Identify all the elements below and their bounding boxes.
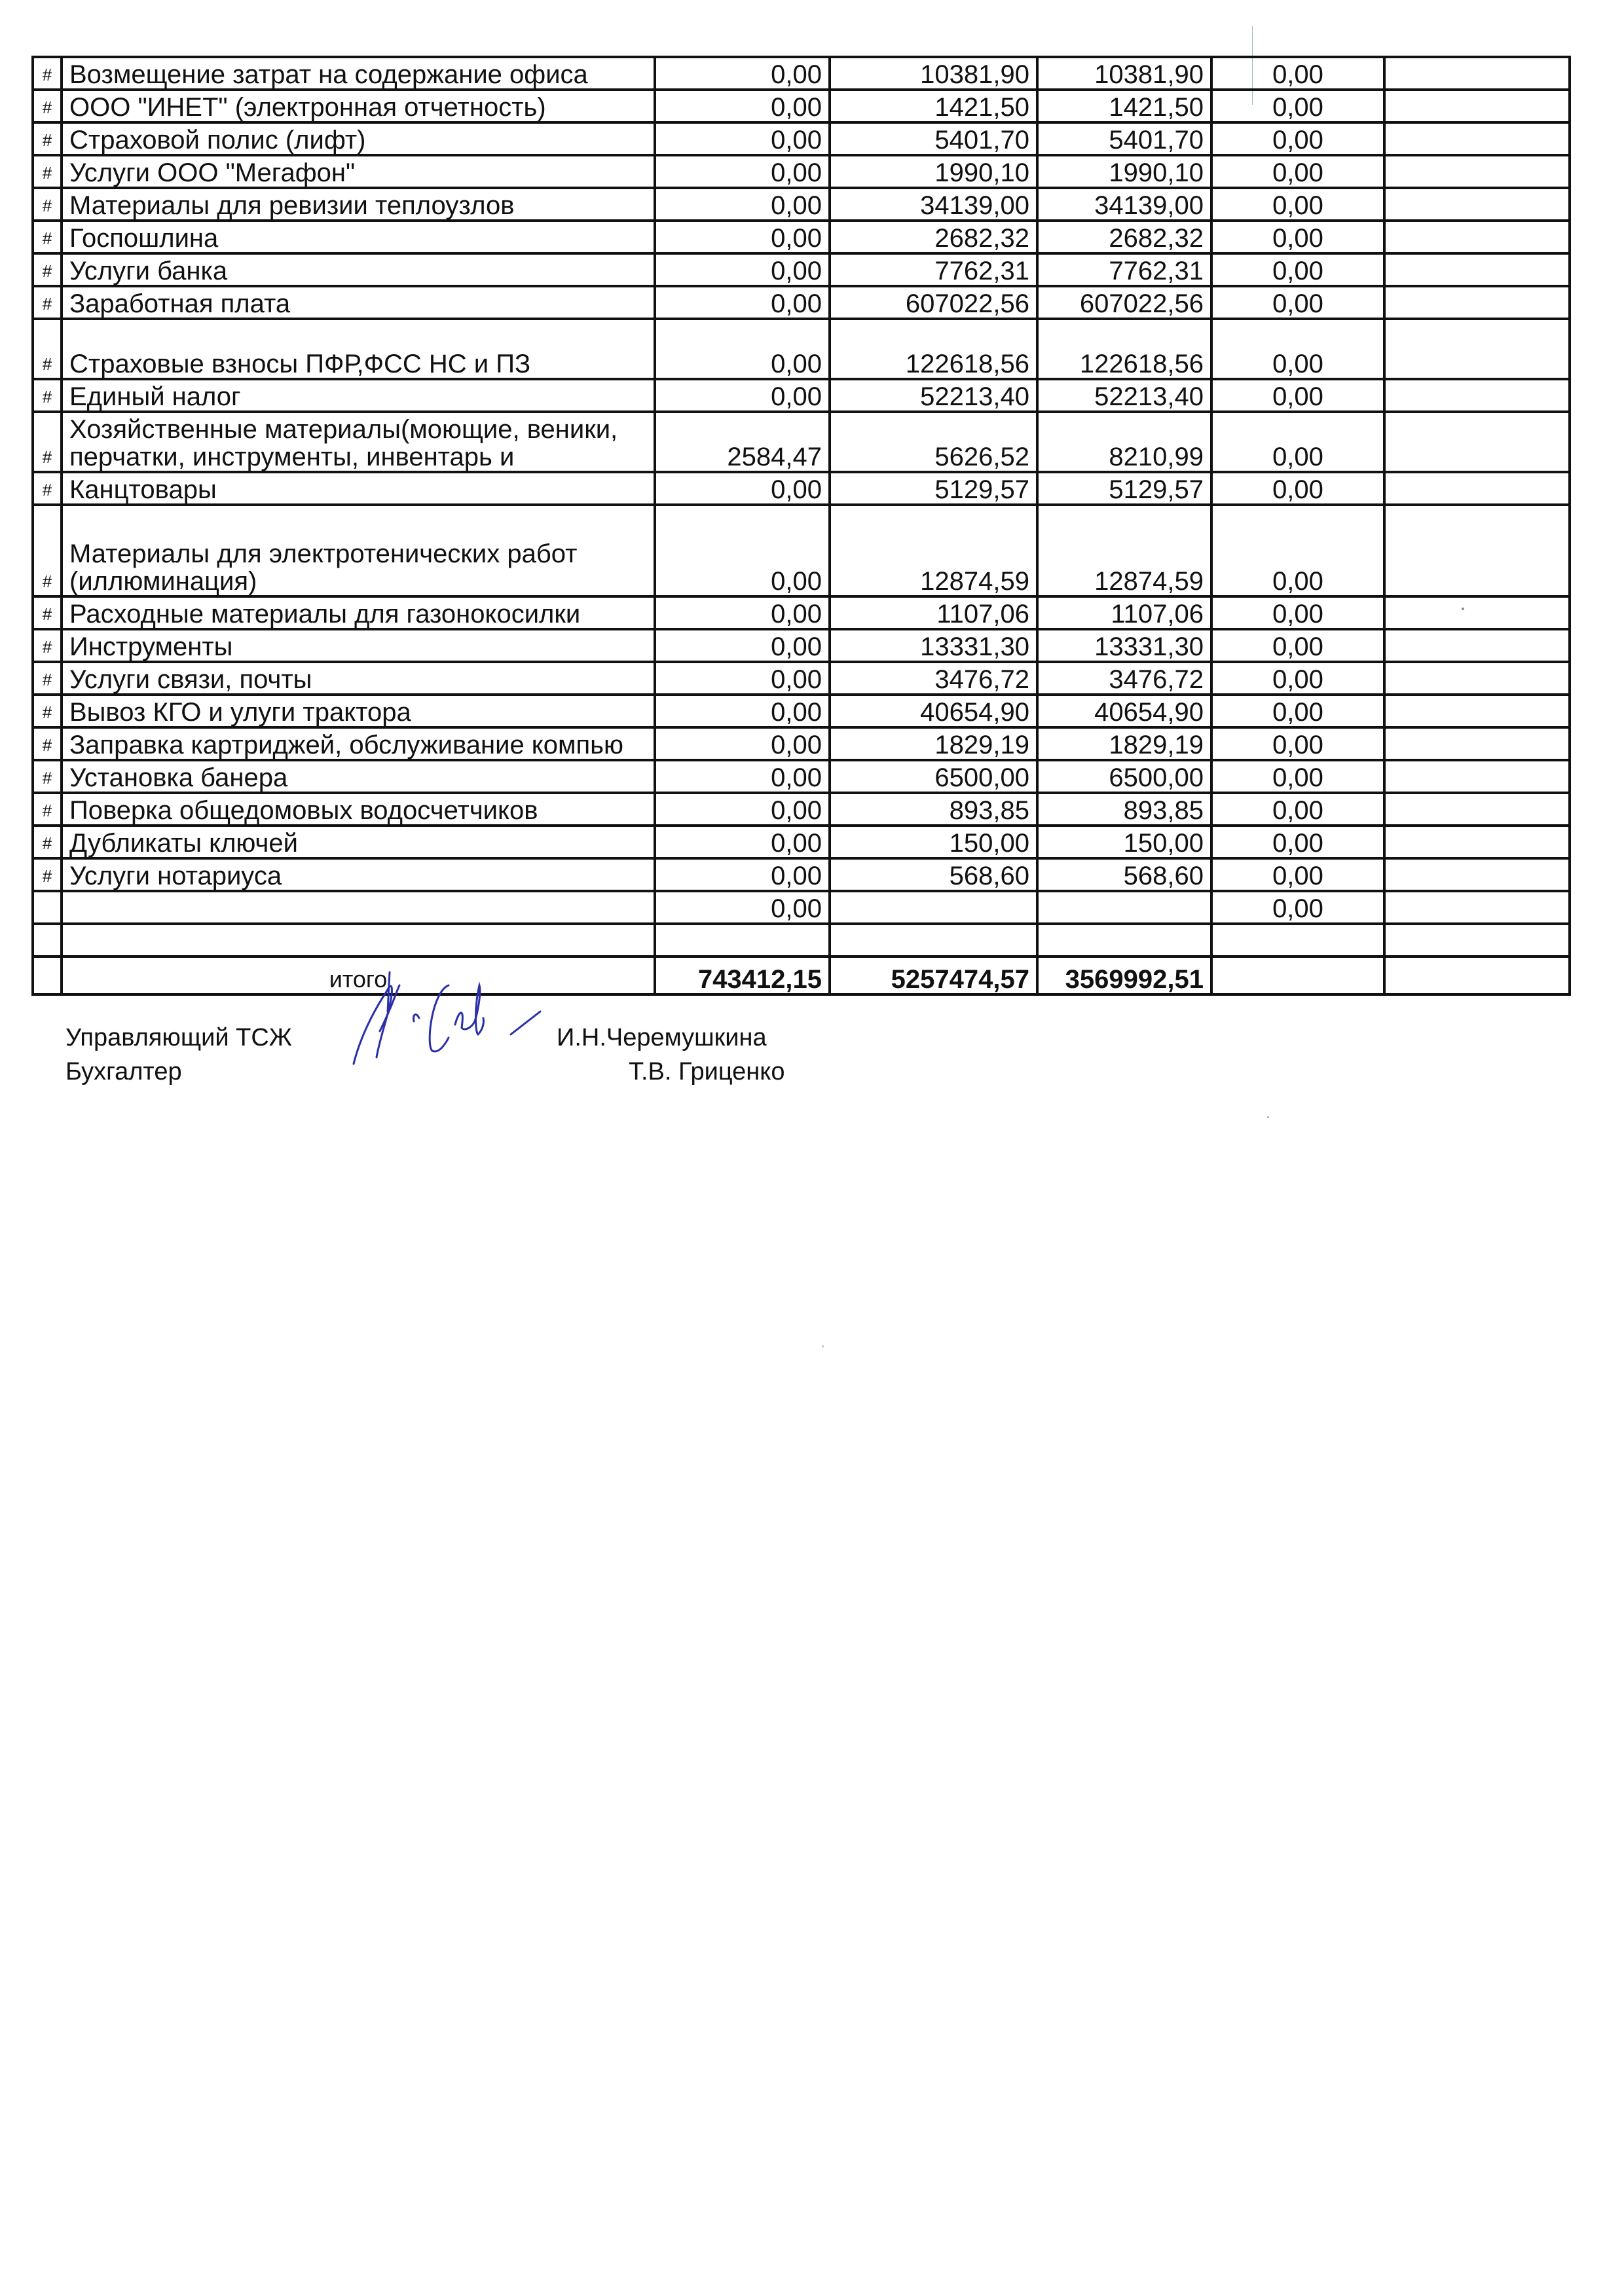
amount-col3: 1829,19 xyxy=(1037,727,1211,760)
amount-col2: 52213,40 xyxy=(830,379,1037,412)
amount-col1: 0,00 xyxy=(655,319,830,379)
amount-col5 xyxy=(1384,629,1570,662)
amount-col4: 0,00 xyxy=(1211,253,1384,286)
amount-col5 xyxy=(1384,90,1570,122)
table-row: #Поверка общедомовых водосчетчиков0,0089… xyxy=(33,793,1570,826)
amount-col1: 0,00 xyxy=(655,505,830,596)
amount-col5 xyxy=(1384,662,1570,695)
scan-speck xyxy=(1267,1116,1269,1118)
amount-col2: 13331,30 xyxy=(830,629,1037,662)
amount-col4 xyxy=(1211,924,1384,957)
row-marker: # xyxy=(33,596,62,629)
amount-col2: 1829,19 xyxy=(830,727,1037,760)
table-row: #Дубликаты ключей0,00150,00150,000,00 xyxy=(33,826,1570,858)
amount-col5 xyxy=(1384,122,1570,155)
expense-name: Единый налог xyxy=(62,379,655,412)
row-marker: # xyxy=(33,379,62,412)
expense-name: Установка банера xyxy=(62,760,655,793)
expense-name: Канцтовары xyxy=(62,472,655,505)
amount-col4: 0,00 xyxy=(1211,379,1384,412)
amount-col2: 607022,56 xyxy=(830,286,1037,319)
amount-col5 xyxy=(1384,727,1570,760)
amount-col5 xyxy=(1384,412,1570,472)
amount-col3: 1421,50 xyxy=(1037,90,1211,122)
expense-name: Услуги нотариуса xyxy=(62,858,655,891)
manager-name: И.Н.Черемушкина xyxy=(557,1021,767,1054)
amount-col1: 0,00 xyxy=(655,221,830,253)
total-col5 xyxy=(1384,957,1570,994)
row-marker: # xyxy=(33,472,62,505)
expense-name: Хозяйственные материалы(моющие, веники, … xyxy=(62,412,655,472)
row-marker: # xyxy=(33,188,62,221)
amount-col3: 8210,99 xyxy=(1037,412,1211,472)
row-marker xyxy=(33,891,62,924)
amount-col5 xyxy=(1384,253,1570,286)
amount-col3: 13331,30 xyxy=(1037,629,1211,662)
amount-col1: 0,00 xyxy=(655,596,830,629)
table-row: #Хозяйственные материалы(моющие, веники,… xyxy=(33,412,1570,472)
amount-col5 xyxy=(1384,760,1570,793)
amount-col1: 0,00 xyxy=(655,826,830,858)
amount-col2: 1107,06 xyxy=(830,596,1037,629)
amount-col1: 0,00 xyxy=(655,57,830,90)
amount-col4: 0,00 xyxy=(1211,727,1384,760)
amount-col3: 1990,10 xyxy=(1037,155,1211,188)
amount-col4: 0,00 xyxy=(1211,793,1384,826)
amount-col5 xyxy=(1384,826,1570,858)
amount-col1: 0,00 xyxy=(655,629,830,662)
amount-col2 xyxy=(830,891,1037,924)
amount-col5 xyxy=(1384,596,1570,629)
amount-col1: 2584,47 xyxy=(655,412,830,472)
table-row: #Единый налог0,0052213,4052213,400,00 xyxy=(33,379,1570,412)
amount-col2 xyxy=(830,924,1037,957)
expense-name: Заработная плата xyxy=(62,286,655,319)
table-row: #Материалы для электротенических работ (… xyxy=(33,505,1570,596)
amount-col3: 568,60 xyxy=(1037,858,1211,891)
amount-col3 xyxy=(1037,924,1211,957)
amount-col2: 12874,59 xyxy=(830,505,1037,596)
amount-col4: 0,00 xyxy=(1211,695,1384,727)
total-col4 xyxy=(1211,957,1384,994)
row-marker: # xyxy=(33,319,62,379)
amount-col3: 607022,56 xyxy=(1037,286,1211,319)
row-marker: # xyxy=(33,155,62,188)
expense-name: Услуги банка xyxy=(62,253,655,286)
amount-col2: 40654,90 xyxy=(830,695,1037,727)
amount-col1: 0,00 xyxy=(655,122,830,155)
table-row: 0,000,00 xyxy=(33,891,1570,924)
amount-col3: 6500,00 xyxy=(1037,760,1211,793)
amount-col1: 0,00 xyxy=(655,188,830,221)
expense-name: Услуги связи, почты xyxy=(62,662,655,695)
row-marker: # xyxy=(33,286,62,319)
amount-col2: 6500,00 xyxy=(830,760,1037,793)
amount-col1: 0,00 xyxy=(655,90,830,122)
amount-col4: 0,00 xyxy=(1211,629,1384,662)
amount-col1: 0,00 xyxy=(655,662,830,695)
amount-col4: 0,00 xyxy=(1211,57,1384,90)
accountant-title: Бухгалтер xyxy=(65,1055,182,1088)
expense-name: Страховой полис (лифт) xyxy=(62,122,655,155)
handwritten-signature xyxy=(341,966,576,1077)
amount-col1: 0,00 xyxy=(655,155,830,188)
amount-col3: 5129,57 xyxy=(1037,472,1211,505)
amount-col5 xyxy=(1384,793,1570,826)
table-row: #Инструменты0,0013331,3013331,300,00 xyxy=(33,629,1570,662)
expense-name: Инструменты xyxy=(62,629,655,662)
expense-table: #Возмещение затрат на содержание офиса0,… xyxy=(31,56,1571,996)
amount-col5 xyxy=(1384,695,1570,727)
expense-name: Страховые взносы ПФР,ФСС НС и ПЗ xyxy=(62,319,655,379)
expense-name: Поверка общедомовых водосчетчиков xyxy=(62,793,655,826)
amount-col2: 5401,70 xyxy=(830,122,1037,155)
row-marker: # xyxy=(33,662,62,695)
amount-col5 xyxy=(1384,155,1570,188)
amount-col2: 7762,31 xyxy=(830,253,1037,286)
amount-col3: 893,85 xyxy=(1037,793,1211,826)
amount-col2: 1990,10 xyxy=(830,155,1037,188)
amount-col3: 1107,06 xyxy=(1037,596,1211,629)
amount-col4: 0,00 xyxy=(1211,826,1384,858)
amount-col5 xyxy=(1384,924,1570,957)
amount-col5 xyxy=(1384,319,1570,379)
row-marker: # xyxy=(33,505,62,596)
expense-name: Расходные материалы для газонокосилки xyxy=(62,596,655,629)
amount-col1: 0,00 xyxy=(655,286,830,319)
row-marker: # xyxy=(33,727,62,760)
table-row: #Услуги связи, почты0,003476,723476,720,… xyxy=(33,662,1570,695)
table-row: #Страховые взносы ПФР,ФСС НС и ПЗ0,00122… xyxy=(33,319,1570,379)
amount-col4: 0,00 xyxy=(1211,122,1384,155)
row-marker: # xyxy=(33,90,62,122)
total-col3: 3569992,51 xyxy=(1037,957,1211,994)
row-marker: # xyxy=(33,221,62,253)
amount-col2: 5129,57 xyxy=(830,472,1037,505)
row-marker: # xyxy=(33,858,62,891)
row-marker: # xyxy=(33,253,62,286)
total-row: итого743412,155257474,573569992,51 xyxy=(33,957,1570,994)
amount-col5 xyxy=(1384,472,1570,505)
amount-col4: 0,00 xyxy=(1211,155,1384,188)
amount-col3 xyxy=(1037,891,1211,924)
amount-col4: 0,00 xyxy=(1211,760,1384,793)
accountant-name: Т.В. Гриценко xyxy=(629,1055,784,1088)
amount-col1: 0,00 xyxy=(655,760,830,793)
expense-name: Заправка картриджей, обслуживание компью xyxy=(62,727,655,760)
amount-col4: 0,00 xyxy=(1211,596,1384,629)
amount-col1: 0,00 xyxy=(655,891,830,924)
expense-name: Возмещение затрат на содержание офиса xyxy=(62,57,655,90)
table-row xyxy=(33,924,1570,957)
amount-col3: 2682,32 xyxy=(1037,221,1211,253)
expense-name: Услуги ООО "Мегафон" xyxy=(62,155,655,188)
amount-col3: 52213,40 xyxy=(1037,379,1211,412)
row-marker: # xyxy=(33,695,62,727)
expense-name: Госпошлина xyxy=(62,221,655,253)
amount-col5 xyxy=(1384,57,1570,90)
amount-col3: 122618,56 xyxy=(1037,319,1211,379)
table-row: #Заправка картриджей, обслуживание компь… xyxy=(33,727,1570,760)
amount-col5 xyxy=(1384,858,1570,891)
amount-col4: 0,00 xyxy=(1211,505,1384,596)
row-marker xyxy=(33,924,62,957)
amount-col2: 568,60 xyxy=(830,858,1037,891)
table-row: #Страховой полис (лифт)0,005401,705401,7… xyxy=(33,122,1570,155)
expense-name: Вывоз КГО и улуги трактора xyxy=(62,695,655,727)
amount-col2: 5626,52 xyxy=(830,412,1037,472)
amount-col1: 0,00 xyxy=(655,727,830,760)
amount-col2: 10381,90 xyxy=(830,57,1037,90)
table-row: #Материалы для ревизии теплоузлов0,00341… xyxy=(33,188,1570,221)
table-row: #Услуги ООО "Мегафон"0,001990,101990,100… xyxy=(33,155,1570,188)
table-row: #Возмещение затрат на содержание офиса0,… xyxy=(33,57,1570,90)
amount-col3: 3476,72 xyxy=(1037,662,1211,695)
amount-col4: 0,00 xyxy=(1211,286,1384,319)
row-marker: # xyxy=(33,826,62,858)
amount-col2: 34139,00 xyxy=(830,188,1037,221)
amount-col5 xyxy=(1384,286,1570,319)
amount-col5 xyxy=(1384,221,1570,253)
amount-col1: 0,00 xyxy=(655,253,830,286)
table-row: #Расходные материалы для газонокосилки0,… xyxy=(33,596,1570,629)
row-marker: # xyxy=(33,412,62,472)
amount-col4: 0,00 xyxy=(1211,858,1384,891)
amount-col3: 7762,31 xyxy=(1037,253,1211,286)
expense-name: Материалы для электротенических работ (и… xyxy=(62,505,655,596)
expense-name: ООО "ИНЕТ" (электронная отчетность) xyxy=(62,90,655,122)
amount-col1 xyxy=(655,924,830,957)
amount-col2: 1421,50 xyxy=(830,90,1037,122)
amount-col3: 150,00 xyxy=(1037,826,1211,858)
amount-col1: 0,00 xyxy=(655,472,830,505)
amount-col5 xyxy=(1384,379,1570,412)
amount-col3: 40654,90 xyxy=(1037,695,1211,727)
amount-col4: 0,00 xyxy=(1211,319,1384,379)
amount-col5 xyxy=(1384,891,1570,924)
table-row: #Канцтовары0,005129,575129,570,00 xyxy=(33,472,1570,505)
expense-name xyxy=(62,891,655,924)
amount-col2: 3476,72 xyxy=(830,662,1037,695)
amount-col1: 0,00 xyxy=(655,858,830,891)
amount-col1: 0,00 xyxy=(655,793,830,826)
total-col1: 743412,15 xyxy=(655,957,830,994)
amount-col3: 10381,90 xyxy=(1037,57,1211,90)
expense-name: Дубликаты ключей xyxy=(62,826,655,858)
row-marker: # xyxy=(33,122,62,155)
amount-col2: 122618,56 xyxy=(830,319,1037,379)
table-row: #Услуги нотариуса0,00568,60568,600,00 xyxy=(33,858,1570,891)
amount-col4: 0,00 xyxy=(1211,662,1384,695)
manager-title: Управляющий ТСЖ xyxy=(65,1021,292,1054)
amount-col5 xyxy=(1384,505,1570,596)
scan-speck xyxy=(822,1345,824,1347)
total-col2: 5257474,57 xyxy=(830,957,1037,994)
table-row: #Услуги банка0,007762,317762,310,00 xyxy=(33,253,1570,286)
table-row: #ООО "ИНЕТ" (электронная отчетность)0,00… xyxy=(33,90,1570,122)
table-row: #Заработная плата0,00607022,56607022,560… xyxy=(33,286,1570,319)
amount-col3: 34139,00 xyxy=(1037,188,1211,221)
amount-col3: 5401,70 xyxy=(1037,122,1211,155)
row-marker: # xyxy=(33,629,62,662)
amount-col3: 12874,59 xyxy=(1037,505,1211,596)
amount-col4: 0,00 xyxy=(1211,188,1384,221)
table-row: #Вывоз КГО и улуги трактора0,0040654,904… xyxy=(33,695,1570,727)
amount-col4: 0,00 xyxy=(1211,472,1384,505)
amount-col4: 0,00 xyxy=(1211,90,1384,122)
amount-col2: 150,00 xyxy=(830,826,1037,858)
row-marker: # xyxy=(33,57,62,90)
amount-col2: 893,85 xyxy=(830,793,1037,826)
table-row: #Госпошлина0,002682,322682,320,00 xyxy=(33,221,1570,253)
amount-col4: 0,00 xyxy=(1211,891,1384,924)
row-marker: # xyxy=(33,760,62,793)
amount-col2: 2682,32 xyxy=(830,221,1037,253)
expense-name xyxy=(62,924,655,957)
amount-col4: 0,00 xyxy=(1211,221,1384,253)
row-marker xyxy=(33,957,62,994)
table-row: #Установка банера0,006500,006500,000,00 xyxy=(33,760,1570,793)
amount-col5 xyxy=(1384,188,1570,221)
expense-name: Материалы для ревизии теплоузлов xyxy=(62,188,655,221)
amount-col1: 0,00 xyxy=(655,695,830,727)
amount-col1: 0,00 xyxy=(655,379,830,412)
row-marker: # xyxy=(33,793,62,826)
amount-col4: 0,00 xyxy=(1211,412,1384,472)
